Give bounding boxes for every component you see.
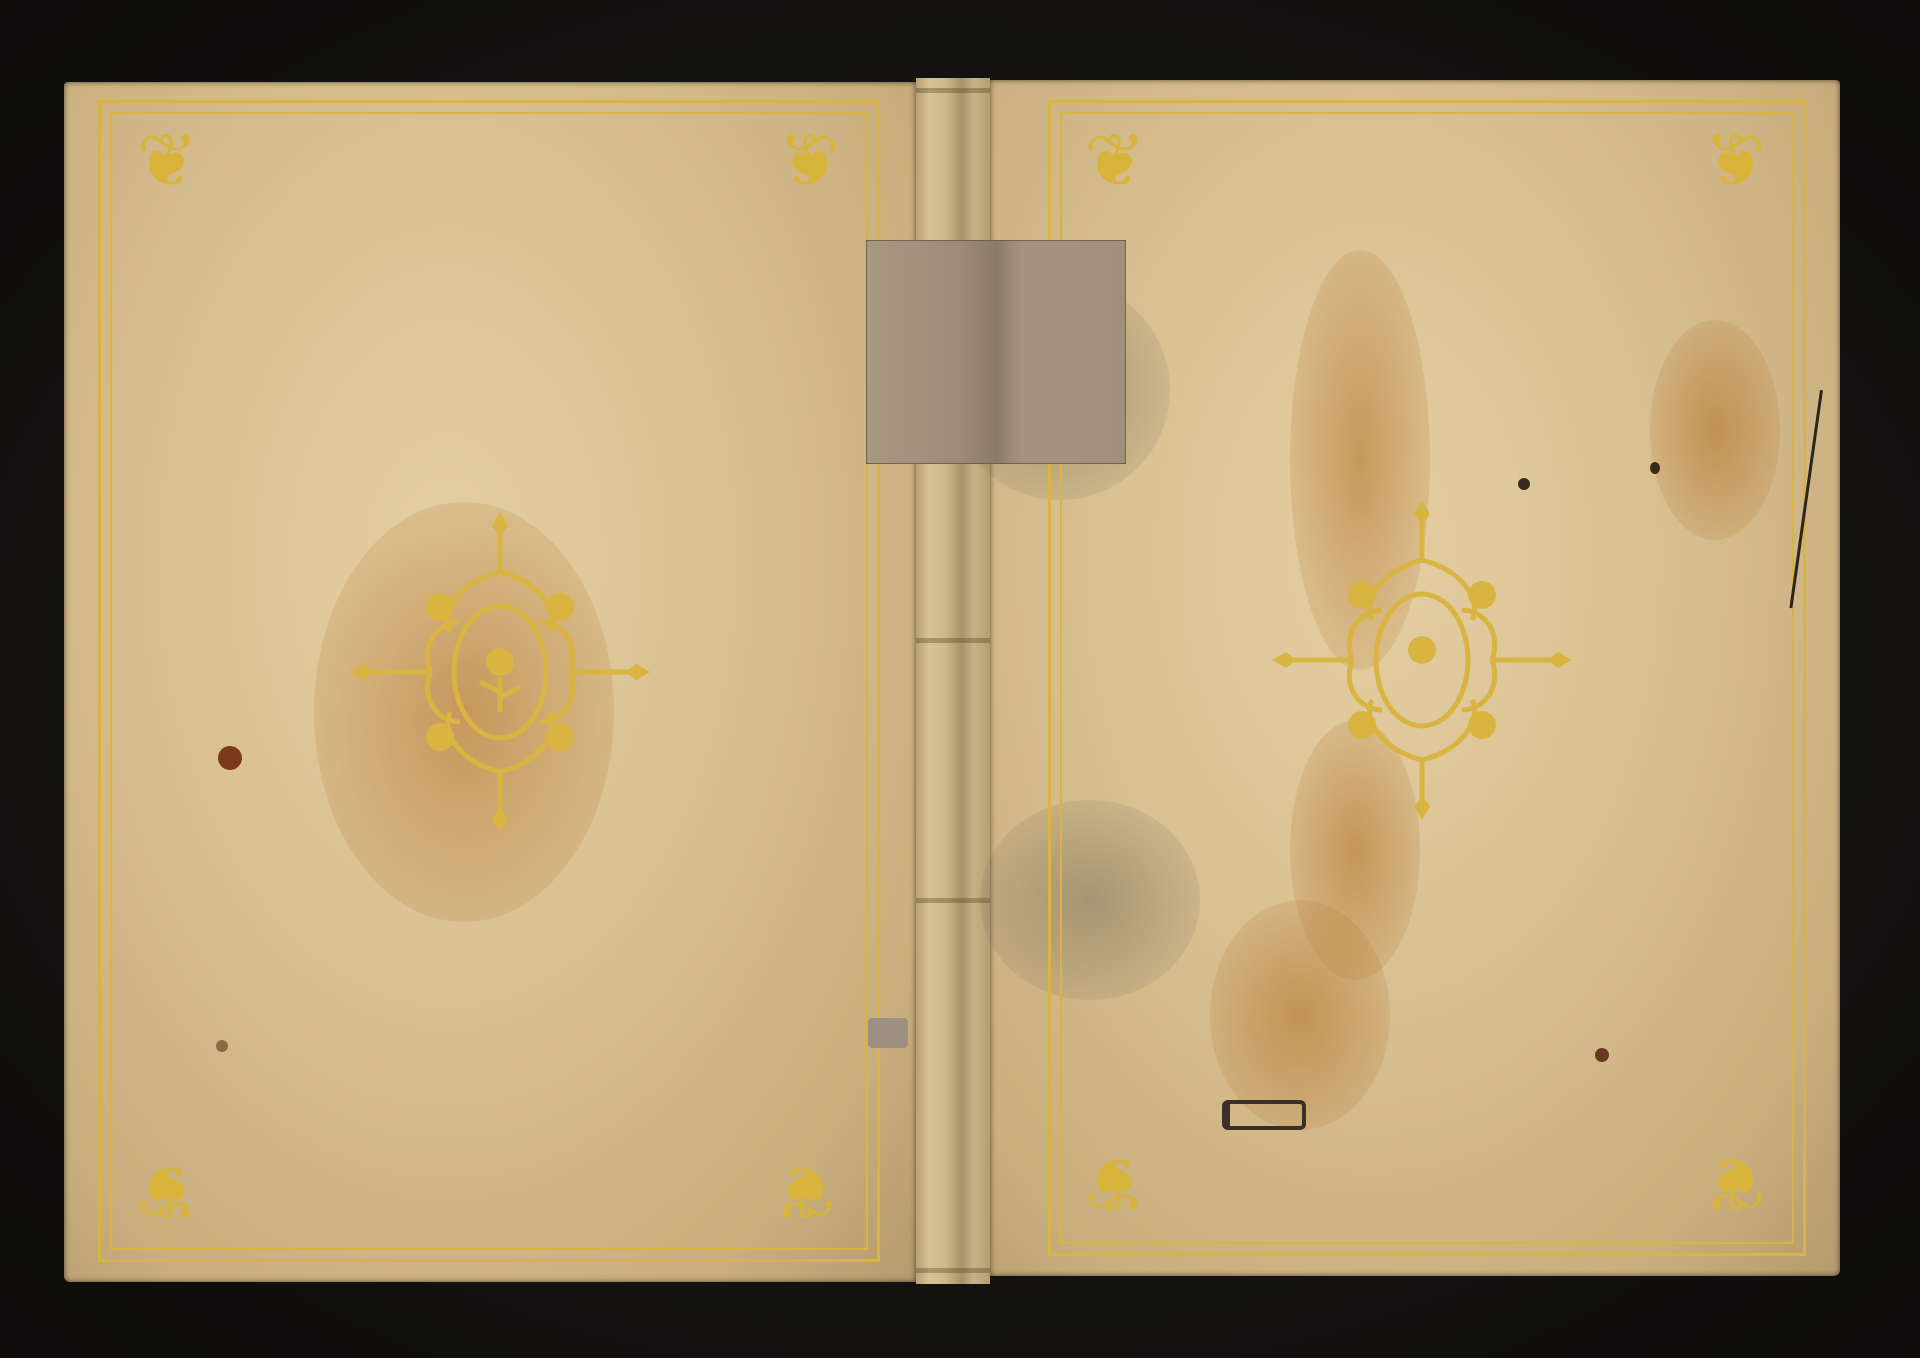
corner-fleuron-icon: ❦ <box>764 124 854 214</box>
center-lozenge-ornament-icon <box>1272 500 1572 820</box>
center-lozenge-ornament-icon <box>350 512 650 832</box>
corner-fleuron-icon: ❦ <box>1690 124 1780 214</box>
left-cover-board: ❦ ❦ ❦ ❦ <box>64 82 916 1282</box>
raised-band <box>916 88 990 93</box>
corner-fleuron-icon: ❦ <box>122 1138 212 1228</box>
raised-band <box>916 898 990 903</box>
spine-paper-label <box>866 240 1126 464</box>
raised-band <box>916 638 990 643</box>
clasp-remnant <box>1222 1100 1306 1130</box>
repair-patch <box>868 1018 908 1048</box>
corner-fleuron-icon: ❦ <box>122 124 212 214</box>
corner-fleuron-icon: ❦ <box>1070 1130 1160 1220</box>
corner-fleuron-icon: ❦ <box>1690 1130 1780 1220</box>
corner-fleuron-icon: ❦ <box>760 1138 850 1228</box>
corner-fleuron-icon: ❦ <box>1070 124 1160 214</box>
raised-band <box>916 1268 990 1273</box>
